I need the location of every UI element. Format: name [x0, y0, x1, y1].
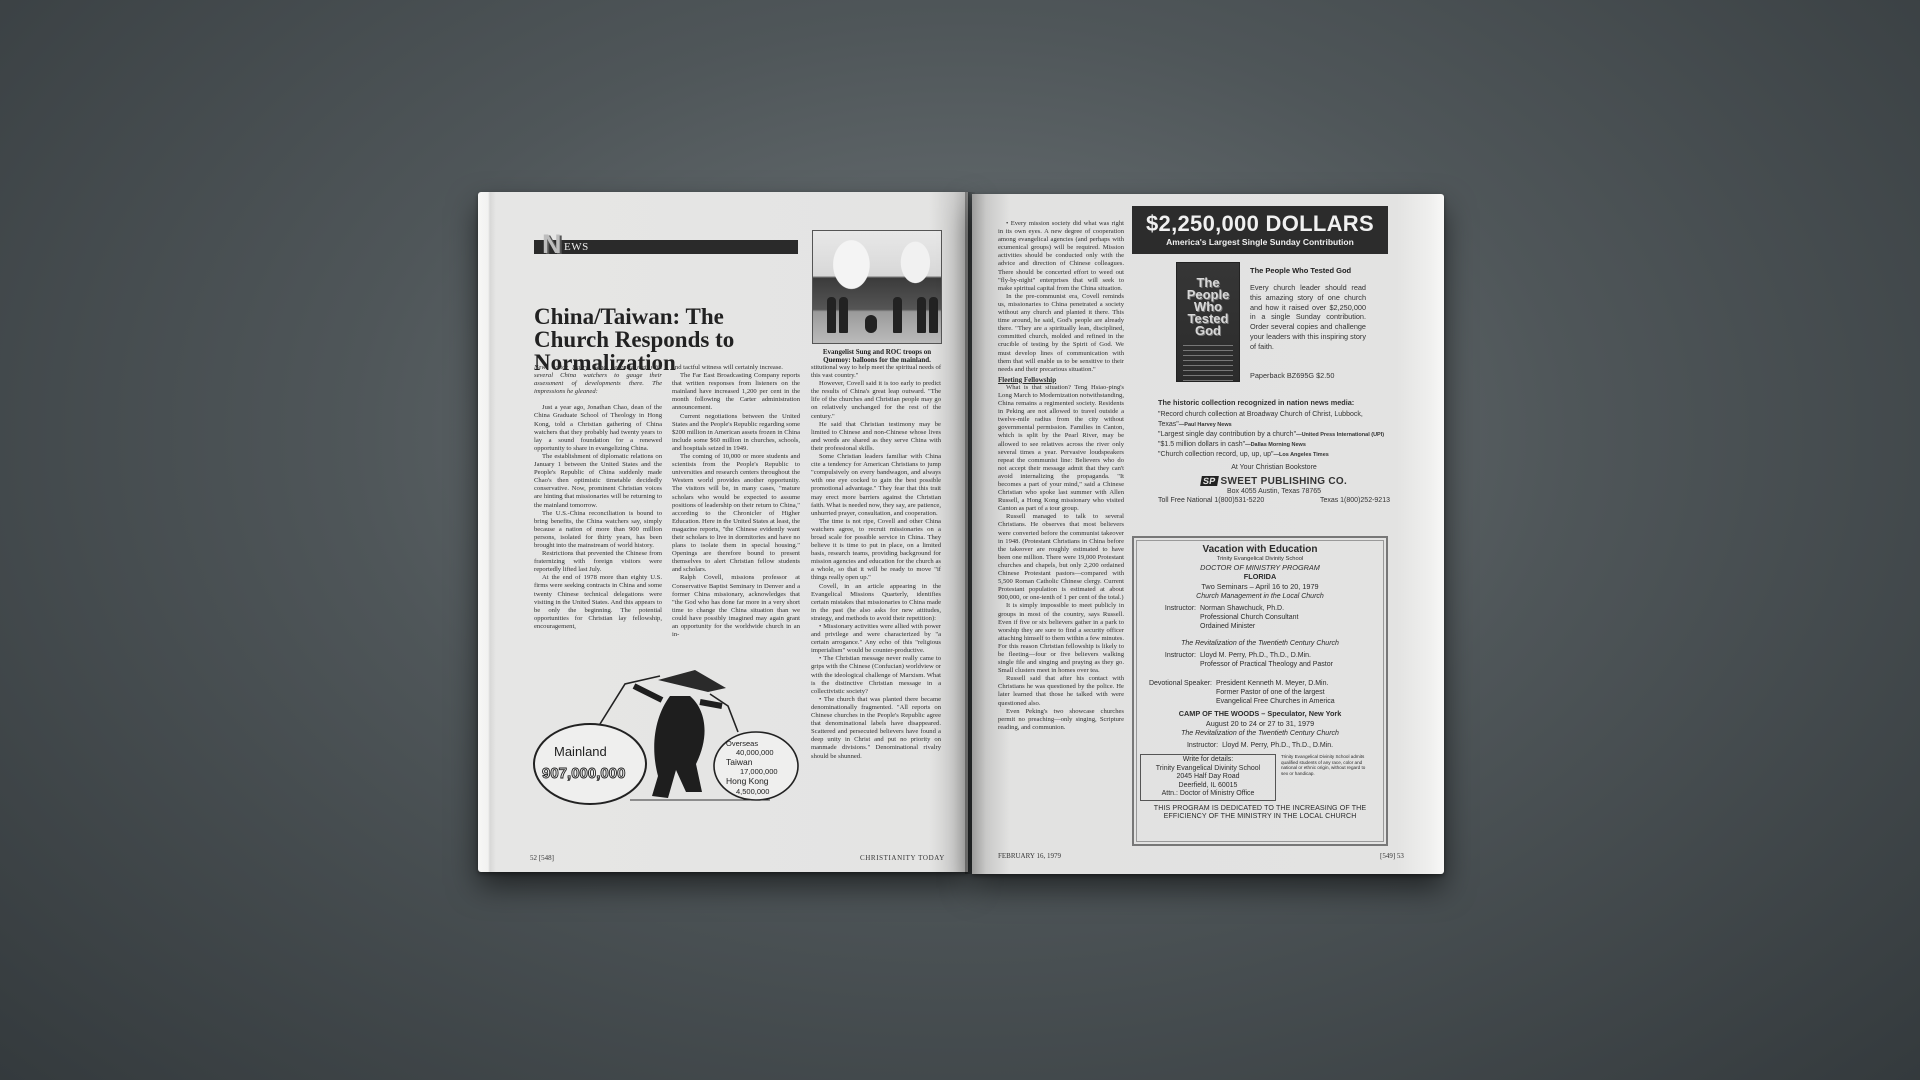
paragraph: • Every mission society did what was rig…: [998, 220, 1124, 293]
phone-texas: Texas 1(800)252-9213: [1320, 496, 1390, 505]
paragraph: stitutional way to help meet the spiritu…: [811, 364, 941, 380]
paragraph: The coming of 10,000 or more students an…: [672, 453, 800, 574]
paragraph: Russell said that after his contact with…: [998, 675, 1124, 707]
vac-location-1: FLORIDA: [1134, 572, 1386, 582]
vac-location-2: CAMP OF THE WOODS – Speculator, New York: [1134, 709, 1386, 719]
publisher-logo-icon: SP: [1200, 476, 1218, 486]
vac-instructor-1: Instructor: Norman Shawchuck, Ph.D.Profe…: [1134, 604, 1386, 631]
ad-subheadline: America's Largest Single Sunday Contribu…: [1132, 237, 1388, 247]
vac-course-2: The Revitalization of the Twentieth Cent…: [1134, 639, 1386, 649]
phone-national: Toll Free National 1(800)531-5220: [1158, 496, 1264, 505]
paragraph: The establishment of diplomatic relation…: [534, 453, 662, 510]
paragraph: • Missionary activities were allied with…: [811, 623, 941, 655]
book-title: The People Who Tested God: [1250, 266, 1386, 275]
vac-contact-box: Write for details: Trinity Evangelical D…: [1140, 754, 1276, 801]
paragraph: Current negotiations between the United …: [672, 413, 800, 453]
cartoon-taiwan-label: Taiwan: [726, 757, 753, 767]
article-column-2: and tactful witness will certainly incre…: [672, 364, 800, 639]
paragraph: and tactful witness will certainly incre…: [672, 364, 800, 372]
media-quote: "Church collection record, up, up, up"—L…: [1158, 450, 1390, 460]
paragraph: Ralph Covell, missions professor at Cons…: [672, 574, 800, 639]
vac-title: Vacation with Education: [1134, 544, 1386, 555]
vac-dedication: THIS PROGRAM IS DEDICATED TO THE INCREAS…: [1134, 804, 1386, 821]
paragraph: However, Covell said it is too early to …: [811, 380, 941, 420]
cartoon-hongkong-value: 4,500,000: [736, 787, 769, 796]
photo-caption: Evangelist Sung and ROC troops on Quemoy…: [812, 348, 942, 364]
cartoon-mainland-label: Mainland: [554, 744, 607, 759]
paragraph: • The Christian message never really cam…: [811, 655, 941, 695]
cartoon-taiwan-value: 17,000,000: [740, 767, 778, 776]
vac-program: DOCTOR OF MINISTRY PROGRAM: [1134, 563, 1386, 572]
vac-dates-1: Two Seminars – April 16 to 20, 1979: [1134, 582, 1386, 592]
book-description: Every church leader should read this ama…: [1250, 283, 1366, 352]
news-photo: [812, 230, 942, 344]
paragraph: • The church that was planted there beca…: [811, 696, 941, 761]
vac-school: Trinity Evangelical Divinity School: [1134, 555, 1386, 563]
vac-nondiscrimination-note: Trinity Evangelical Divinity School admi…: [1276, 754, 1366, 801]
publisher-address: Box 4055 Austin, Texas 78765: [1158, 487, 1390, 496]
book-price: Paperback BZ695G $2.50: [1250, 371, 1334, 380]
paragraph: Russell managed to talk to several Chris…: [998, 513, 1124, 602]
magazine-spread: N EWS China/Taiwan: The Church Responds …: [478, 192, 1446, 872]
vac-course-3: The Revitalization of the Twentieth Cent…: [1134, 729, 1386, 739]
paragraph: The U.S.-China reconciliation is bound t…: [534, 510, 662, 550]
book-ad-banner: $2,250,000 DOLLARS America's Largest Sin…: [1132, 206, 1388, 254]
vacation-education-ad: Vacation with Education Trinity Evangeli…: [1132, 536, 1388, 846]
article-column-4: • Every mission society did what was rig…: [998, 220, 1124, 732]
cartoon-hongkong-label: Hong Kong: [726, 776, 769, 786]
media-heading: The historic collection recognized in na…: [1158, 398, 1390, 408]
population-cartoon: Mainland 907,000,000 Overseas 40,000,000…: [530, 666, 818, 806]
cartoon-overseas-value: 40,000,000: [736, 748, 774, 757]
vac-instructor-2: Instructor: Lloyd M. Perry, Ph.D., Th.D.…: [1134, 651, 1386, 669]
right-page: • Every mission society did what was rig…: [972, 194, 1444, 874]
left-page: N EWS China/Taiwan: The Church Responds …: [478, 192, 968, 872]
paragraph: Some Christian leaders familiar with Chi…: [811, 453, 941, 518]
article-intro: News editor Harry Genet recently met wit…: [534, 364, 662, 396]
bookstore-note: At Your Christian Bookstore: [1158, 463, 1390, 473]
vac-dates-2: August 20 to 24 or 27 to 31, 1979: [1134, 719, 1386, 729]
paragraph: The time is not ripe, Covell and other C…: [811, 518, 941, 583]
vac-devotional-speaker: Devotional Speaker: President Kenneth M.…: [1134, 679, 1386, 706]
cartoon-overseas-label: Overseas: [726, 739, 758, 748]
advertisement-area: $2,250,000 DOLLARS America's Largest Sin…: [1132, 206, 1430, 864]
news-initial: N: [542, 231, 562, 257]
paragraph: Covell, in an article appearing in the E…: [811, 583, 941, 623]
publisher-name: SWEET PUBLISHING CO.: [1221, 476, 1348, 487]
article-column-3: stitutional way to help meet the spiritu…: [811, 364, 941, 761]
paragraph: He said that Christian testimony may be …: [811, 421, 941, 453]
paragraph: Just a year ago, Jonathan Chao, dean of …: [534, 404, 662, 453]
paragraph: The Far East Broadcasting Company report…: [672, 372, 800, 412]
book-cover-title: The People Who Tested God: [1177, 277, 1239, 337]
media-quotes: The historic collection recognized in na…: [1158, 398, 1390, 505]
media-quote: "Record church collection at Broadway Ch…: [1158, 410, 1390, 430]
issue-date: FEBRUARY 16, 1979: [998, 852, 1061, 860]
ad-headline: $2,250,000 DOLLARS: [1132, 206, 1388, 237]
vac-instructor-3: Instructor: Lloyd M. Perry, Ph.D., Th.D.…: [1134, 741, 1386, 750]
paragraph: At the end of 1978 more than eighty U.S.…: [534, 574, 662, 631]
paragraph: It is simply impossible to meet publicly…: [998, 602, 1124, 675]
book-cover: The People Who Tested God: [1176, 262, 1240, 382]
page-folio-left: 52 [548]: [530, 854, 554, 862]
paragraph: Even Peking's two showcase churches perm…: [998, 708, 1124, 732]
media-quote: "$1.5 million dollars in cash"—Dallas Mo…: [1158, 440, 1390, 450]
news-label: EWS: [564, 241, 589, 253]
cartoon-mainland-value: 907,000,000: [542, 765, 625, 782]
paragraph: What is that situation? Teng Hsiao-ping'…: [998, 384, 1124, 514]
media-quote: "Largest single day contribution by a ch…: [1158, 430, 1390, 440]
publisher-block: SPSWEET PUBLISHING CO. Box 4055 Austin, …: [1158, 476, 1390, 505]
subhead: Fleeting Fellowship: [998, 376, 1124, 384]
vac-course-1: Church Management in the Local Church: [1134, 592, 1386, 602]
paragraph: In the pre-communist era, Covell reminds…: [998, 293, 1124, 374]
article-column-1: News editor Harry Genet recently met wit…: [534, 364, 662, 631]
magazine-name: CHRISTIANITY TODAY: [860, 854, 945, 862]
paragraph: Restrictions that prevented the Chinese …: [534, 550, 662, 574]
